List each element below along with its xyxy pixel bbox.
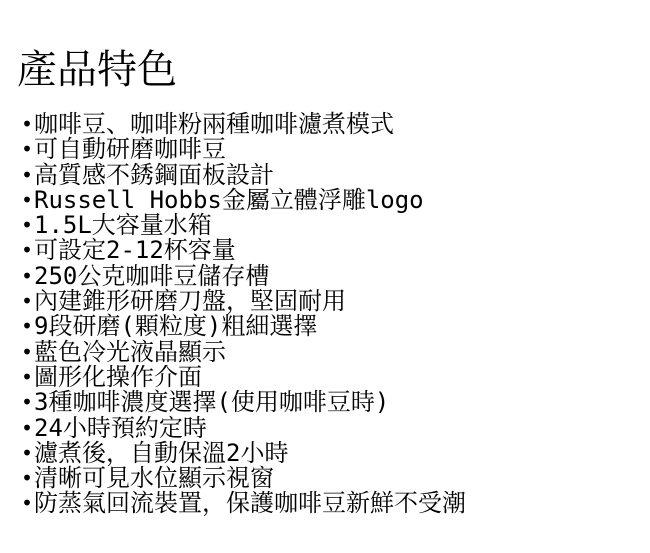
bullet-icon: •: [21, 112, 34, 137]
bullet-icon: •: [21, 188, 34, 213]
list-item: • 250公克咖啡豆儲存槽: [0, 264, 650, 289]
page-title: 產品特色: [17, 47, 177, 93]
feature-text: 高質感不銹鋼面板設計: [34, 163, 274, 188]
list-item: • 3種咖啡濃度選擇(使用咖啡豆時): [0, 390, 650, 415]
bullet-icon: •: [21, 416, 34, 441]
list-item: • 防蒸氣回流裝置，保護咖啡豆新鮮不受潮: [0, 491, 650, 516]
list-item: • 可設定2-12杯容量: [0, 238, 650, 263]
feature-text: 1.5L大容量水箱: [34, 213, 212, 238]
bullet-icon: •: [21, 390, 34, 415]
product-features-page: 產品特色 • 咖啡豆、咖啡粉兩種咖啡濾煮模式 • 可自動研磨咖啡豆 • 高質感不…: [0, 0, 650, 553]
bullet-icon: •: [21, 466, 34, 491]
list-item: • 9段研磨(顆粒度)粗細選擇: [0, 314, 650, 339]
bullet-icon: •: [21, 314, 34, 339]
bullet-icon: •: [21, 264, 34, 289]
bullet-icon: •: [21, 340, 34, 365]
bullet-icon: •: [21, 491, 34, 516]
list-item: • 高質感不銹鋼面板設計: [0, 163, 650, 188]
bullet-icon: •: [21, 289, 34, 314]
feature-text: 清晰可見水位顯示視窗: [34, 466, 274, 491]
features-list: • 咖啡豆、咖啡粉兩種咖啡濾煮模式 • 可自動研磨咖啡豆 • 高質感不銹鋼面板設…: [0, 112, 650, 517]
feature-text: 濾煮後，自動保溫2小時: [34, 441, 288, 466]
feature-text: 250公克咖啡豆儲存槽: [34, 264, 269, 289]
list-item: • 可自動研磨咖啡豆: [0, 137, 650, 162]
bullet-icon: •: [21, 137, 34, 162]
list-item: • 清晰可見水位顯示視窗: [0, 466, 650, 491]
list-item: • 內建錐形研磨刀盤，堅固耐用: [0, 289, 650, 314]
feature-text: Russell Hobbs金屬立體浮雕logo: [34, 188, 424, 213]
list-item: • 24小時預約定時: [0, 416, 650, 441]
feature-text: 圖形化操作介面: [34, 365, 202, 390]
list-item: • Russell Hobbs金屬立體浮雕logo: [0, 188, 650, 213]
feature-text: 9段研磨(顆粒度)粗細選擇: [34, 314, 317, 339]
bullet-icon: •: [21, 238, 34, 263]
feature-text: 咖啡豆、咖啡粉兩種咖啡濾煮模式: [34, 112, 394, 137]
feature-text: 內建錐形研磨刀盤，堅固耐用: [34, 289, 346, 314]
feature-text: 防蒸氣回流裝置，保護咖啡豆新鮮不受潮: [34, 491, 466, 516]
bullet-icon: •: [21, 163, 34, 188]
bullet-icon: •: [21, 213, 34, 238]
feature-text: 3種咖啡濃度選擇(使用咖啡豆時): [34, 390, 389, 415]
list-item: • 濾煮後，自動保溫2小時: [0, 441, 650, 466]
bullet-icon: •: [21, 365, 34, 390]
feature-text: 可設定2-12杯容量: [34, 238, 236, 263]
list-item: • 1.5L大容量水箱: [0, 213, 650, 238]
feature-text: 24小時預約定時: [34, 416, 207, 441]
list-item: • 圖形化操作介面: [0, 365, 650, 390]
feature-text: 可自動研磨咖啡豆: [34, 137, 226, 162]
bullet-icon: •: [21, 441, 34, 466]
list-item: • 藍色冷光液晶顯示: [0, 340, 650, 365]
feature-text: 藍色冷光液晶顯示: [34, 340, 226, 365]
list-item: • 咖啡豆、咖啡粉兩種咖啡濾煮模式: [0, 112, 650, 137]
